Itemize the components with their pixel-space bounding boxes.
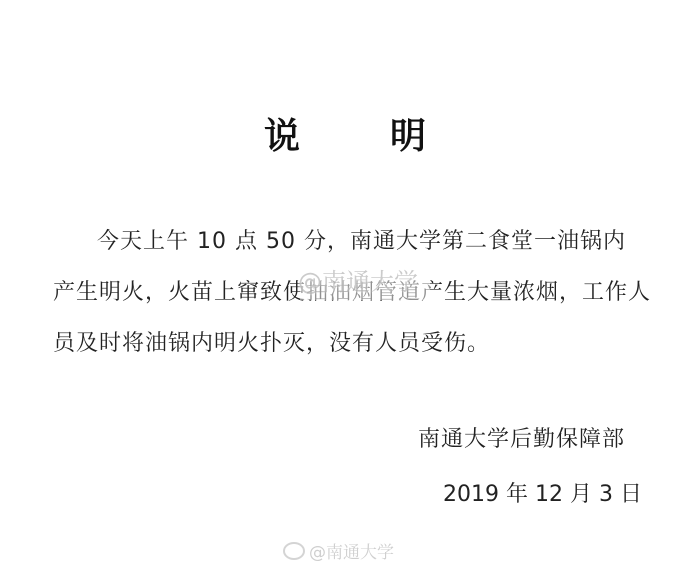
watermark-bottom: @南通大学	[283, 538, 394, 563]
body-line-1: 今天上午 10 点 50 分，南通大学第二食堂一油锅内	[53, 216, 673, 267]
title-char-1: 说	[264, 108, 300, 159]
body-line-3: 员及时将油锅内明火扑灭，没有人员受伤。	[53, 318, 673, 369]
document-date: 2019 年 12 月 3 日	[443, 477, 642, 508]
signature: 南通大学后勤保障部	[418, 422, 625, 453]
document-title: 说明	[0, 108, 690, 159]
weibo-logo-icon	[283, 542, 305, 560]
title-char-2: 明	[390, 108, 426, 159]
watermark-middle: @南通大学	[298, 262, 418, 297]
watermark-bottom-text: @南通大学	[309, 538, 394, 563]
